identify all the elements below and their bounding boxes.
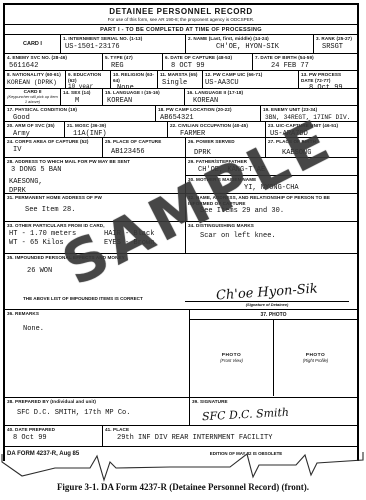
card2-cell: CARD II (Keypuncher will pick up Item 1 … [5,89,60,105]
field-4-value: 5611642 [9,62,100,71]
field-distinguishing-marks: 34. DISTINGUISHING MARKS Scar on left kn… [185,222,357,253]
field-22-value: FARMER [180,130,263,138]
field-33-ht: HT - 1.70 meters [9,230,104,239]
photo-boxes: PHOTO (Front View) PHOTO (Right Profile) [190,320,357,396]
preparer-signature: SFC D.C. Smith [202,405,290,423]
row-condition: 17. PHYSICAL CONDITION (19) Good 18. PW … [5,105,357,121]
field-father: 29. FATHER/STEPFATHER CH'OE, KANG-T'AE [186,158,357,175]
detainee-signature: Ch'oe Hyon-Sik [216,281,319,303]
field-23-label: 23. UIC-CAPTURE UNIT (46-51) [268,123,355,129]
field-23-value: US-ARA7DD [270,130,355,138]
field-33-label: 33. OTHER PARTICULARS FROM ID CARD, [7,223,183,229]
field-26-label: 26. POWER SERVED [188,139,263,145]
field-14-value: M [75,97,100,106]
field-pw-camp-location: 18. PW CAMP LOCATION (20-22) AB654321 [155,106,260,121]
field-32-label: 32. NAME, ADDRESS, AND RELATIONSHIP OF P… [188,195,348,206]
torn-edge-line [0,452,366,486]
field-marsta: 11. MARSTA (65) Single [157,71,202,88]
row-id-particulars: 33. OTHER PARTICULARS FROM ID CARD, HT -… [5,221,357,253]
photo-right-box: PHOTO (Right Profile) [274,320,357,396]
field-place: 41. PLACE 29th INF DIV REAR INTERNMENT F… [102,426,357,446]
field-38-value: SFC D.C. SMITH, 17th MP Co. [17,409,187,418]
field-24-label: 24. CORPS AREA OF CAPTURE (52) [7,139,100,145]
field-place-of-birth: 27. PLACE OF BIRTH KAESONG [265,138,357,157]
field-19-value: 3BN, 34REGT, 17INF DIV. [265,114,355,122]
field-30-label: 30. MOTHER'S MAIDEN NAME [188,177,355,183]
field-pw-camp-uic: 12. PW CAMP UIC (66-71) US-AA3CU [202,71,298,88]
field-37-label: 37. PHOTO [190,310,357,320]
field-25-label: 25. PLACE OF CAPTURE [105,139,183,145]
detainee-personnel-record-form: DETAINEE PERSONNEL RECORD For use of thi… [3,3,359,461]
field-pw-process-date: 13. PW PROCESS DATE (72-77) 8 Oct 99 [298,71,357,88]
row-home-address: 31. PERMANENT HOME ADDRESS OF PW See Ite… [5,193,357,221]
field-11-value: Single [162,79,200,88]
field-27-label: 27. PLACE OF BIRTH [268,139,355,145]
field-22-label: 22. CIVILIAN OCCUPATION (40-45) [170,123,263,129]
row-nationality: 8. NATIONALITY (60-61) KOREAN (DPRK) 9. … [5,70,357,88]
field-10-label: 10. RELIGION (63-64) [113,72,155,83]
field-14-label: 14. SEX (14) [63,90,100,96]
field-10-value: None [117,84,155,88]
field-40-label: 40. DATE PREPARED [7,427,100,433]
parent-cell-29-30: 29. FATHER/STEPFATHER CH'OE, KANG-T'AE 3… [185,158,357,193]
field-other-particulars: 33. OTHER PARTICULARS FROM ID CARD, HT -… [5,222,185,253]
photo-front-sub: (Front View) [220,358,243,363]
impound-certify-block: THE ABOVE LIST OF IMPOUNDED ITEMS IS COR… [5,283,357,307]
field-language-1: 15. LANGUAGE I (15-16) KOREAN [102,89,184,105]
field-25-value: AB123456 [111,148,183,157]
part1-bar: PART I - TO BE COMPLETED AT TIME OF PROC… [5,24,357,34]
field-date-prepared: 40. DATE PREPARED 8 Oct 99 [5,426,102,446]
field-39-label: 39. SIGNATURE [192,399,355,405]
form-header: DETAINEE PERSONNEL RECORD For use of thi… [5,5,357,34]
field-education: 9. EDUCATION (62) 10 year compulsory [65,71,110,88]
detainee-signature-caption: (Signature of Detainee) [183,302,351,307]
field-27-value: KAESONG [282,149,355,158]
field-36-label: 36. REMARKS [7,311,187,317]
field-language-2: 16. LANGUAGE II (17-18) KOREAN [184,89,357,105]
field-21-label: 21. MOSC (36-39) [67,123,165,129]
field-38-label: 38. PREPARED BY (Individual and unit) [7,399,187,405]
field-28-value-line2: KAESONG, [9,178,183,187]
detainee-signature-line: Ch'oe Hyon-Sik [185,283,349,302]
row-remarks-photo: 36. REMARKS None. 37. PHOTO PHOTO (Front… [5,309,357,397]
row-card1: CARD I 1. INTERNMENT SERIAL NO. (1-13) U… [5,34,357,53]
field-3-label: 3. RANK (25-27) [316,36,355,42]
detainee-signature-block: Ch'oe Hyon-Sik (Signature of Detainee) [183,283,357,307]
field-sex: 14. SEX (14) M [60,89,102,105]
field-18-value: AB654321 [160,114,258,122]
card1-cell: CARD I [5,35,60,53]
field-date-of-capture: 6. DATE OF CAPTURE (48-53) 8 OCT 99 [162,54,252,70]
field-30-value: YI, NYONG-CHA [244,184,355,193]
field-place-of-capture: 25. PLACE OF CAPTURE AB123456 [102,138,185,157]
row-arm-of-svc: 20. ARM OF SVC (35) Army 21. MOSC (36-39… [5,121,357,137]
field-enemy-unit: 19. ENEMY UNIT (23-34) 3BN, 34REGT, 17IN… [260,106,357,121]
page: { "header": { "title": "DETAINEE PERSONN… [0,0,366,500]
field-physical-condition: 17. PHYSICAL CONDITION (19) Good [5,106,155,121]
row-impounded-effects: 35. IMPOUNDED PERSONAL EFFECTS AND MONEY… [5,253,357,309]
field-religion: 10. RELIGION (63-64) None [110,71,157,88]
field-19-label: 19. ENEMY UNIT (23-34) [263,107,355,113]
field-person-to-inform: 32. NAME, ADDRESS, AND RELATIONSHIP OF P… [185,194,357,221]
field-20-label: 20. ARM OF SVC (35) [7,123,62,129]
field-28-label: 28. ADDRESS TO WHICH MAIL FOR PW MAY BE … [7,159,183,165]
field-35-value: 26 WON [27,267,355,276]
field-arm-of-svc: 20. ARM OF SVC (35) Army [5,122,64,137]
field-15-value: KOREAN [107,97,182,106]
field-mosc: 21. MOSC (36-39) 11A(INF) [64,122,167,137]
impound-note: THE ABOVE LIST OF IMPOUNDED ITEMS IS COR… [5,296,183,307]
field-uic-capture-unit: 23. UIC-CAPTURE UNIT (46-51) US-ARA7DD [265,122,357,137]
field-12-value: US-AA3CU [205,79,296,88]
field-rank: 3. RANK (25-27) SRSGT [313,35,357,53]
field-mother: 30. MOTHER'S MAIDEN NAME YI, NYONG-CHA [186,175,357,193]
field-remarks: 36. REMARKS None. [5,310,189,397]
row-capture-area: 24. CORPS AREA OF CAPTURE (52) IV 25. PL… [5,137,357,157]
field-40-value: 8 Oct 99 [13,434,100,443]
field-6-label: 6. DATE OF CAPTURE (48-53) [165,55,250,61]
field-34-value: Scar on left knee. [200,232,355,241]
field-29-label: 29. FATHER/STEPFATHER [188,159,355,165]
row-prepared-by: 38. PREPARED BY (Individual and unit) SF… [5,397,357,425]
field-28-value-line3: DPRK [9,187,183,193]
field-2-label: 2. NAME (Last, first, middle) (14-24) [188,36,311,42]
field-prepared-by: 38. PREPARED BY (Individual and unit) SF… [5,398,189,425]
figure-caption: Figure 3-1. DA Form 4237-R (Detainee Per… [0,482,366,492]
field-31-value: See Item 28. [25,206,183,215]
field-33-wt: WT - 65 Kilos [9,239,104,248]
field-permanent-address: 31. PERMANENT HOME ADDRESS OF PW See Ite… [5,194,185,221]
field-35-label: 35. IMPOUNDED PERSONAL EFFECTS AND MONEY [7,255,355,261]
field-11-label: 11. MARSTA (65) [160,72,200,78]
photo-front-box: PHOTO (Front View) [190,320,274,396]
field-mail-address: 28. ADDRESS TO WHICH MAIL FOR PW MAY BE … [5,158,185,193]
field-preparer-signature: 39. SIGNATURE SFC D.C. Smith [189,398,357,425]
field-18-label: 18. PW CAMP LOCATION (20-22) [158,107,258,113]
field-33-hair: HAIR - Black [104,230,183,239]
field-9-value: 10 year compulsory [68,84,108,88]
field-32-value: See Items 29 and 30. [200,207,355,216]
form-title: DETAINEE PERSONNEL RECORD [5,7,357,16]
field-impounded-effects: 35. IMPOUNDED PERSONAL EFFECTS AND MONEY… [5,254,357,309]
field-8-label: 8. NATIONALITY (60-61) [7,72,63,78]
field-7-label: 7. DATE OF BIRTH (54-59) [255,55,355,61]
field-15-label: 15. LANGUAGE I (15-16) [105,90,182,96]
field-29-value: CH'OE, KANG-T'AE [198,166,355,175]
field-nationality: 8. NATIONALITY (60-61) KOREAN (DPRK) [5,71,65,88]
field-6-value: 8 OCT 99 [171,62,250,71]
card2-note: (Keypuncher will pick up Item 1 above) [7,95,58,104]
field-1-label: 1. INTERNMENT SERIAL NO. (1-13) [63,36,183,42]
field-4-label: 4. ENEMY SVC NO. (28-46) [7,55,100,61]
photo-right-sub: (Right Profile) [303,358,329,363]
field-5-label: 5. TYPE (47) [105,55,160,61]
field-17-label: 17. PHYSICAL CONDITION (19) [7,107,153,113]
field-internment-serial-no: 1. INTERNMENT SERIAL NO. (1-13) US-1501-… [60,35,185,53]
field-power-served: 26. POWER SERVED DPRK [185,138,265,157]
field-civilian-occupation: 22. CIVILIAN OCCUPATION (40-45) FARMER [167,122,265,137]
field-41-label: 41. PLACE [105,427,355,433]
field-corps-area: 24. CORPS AREA OF CAPTURE (52) IV [5,138,102,157]
field-21-value: 11A(INF) [73,130,165,138]
field-17-value: Good [13,114,153,122]
field-36-value: None. [23,325,187,334]
field-31-label: 31. PERMANENT HOME ADDRESS OF PW [7,195,183,201]
field-41-value: 29th INF DIV REAR INTERNMENT FACILITY [117,434,355,443]
field-24-value: IV [13,146,100,155]
field-5-value: REG [111,62,160,71]
field-16-value: KOREAN [193,97,355,106]
form-subtitle: For use of this form, see AR 190-8; the … [5,17,357,22]
field-33-eyes: EYES - Brown [104,239,183,248]
row-date-place: 40. DATE PREPARED 8 Oct 99 41. PLACE 29t… [5,425,357,446]
field-12-label: 12. PW CAMP UIC (66-71) [205,72,296,78]
row-card2: CARD II (Keypuncher will pick up Item 1 … [5,88,357,105]
field-33-items: HT - 1.70 meters HAIR - Black WT - 65 Ki… [9,230,183,249]
field-1-value: US-1501-23176 [65,43,183,52]
field-enemy-svc-no: 4. ENEMY SVC NO. (28-46) 5611642 [5,54,102,70]
field-type: 5. TYPE (47) REG [102,54,162,70]
field-9-label: 9. EDUCATION (62) [68,72,108,83]
field-8-value: KOREAN (DPRK) [7,79,63,87]
field-date-of-birth: 7. DATE OF BIRTH (54-59) 24 FEB 77 [252,54,357,70]
row-svc-no: 4. ENEMY SVC NO. (28-46) 5611642 5. TYPE… [5,53,357,70]
field-13-value: 8 Oct 99 [309,84,355,88]
field-2-value: CH'OE, HYON-SIK [216,43,311,52]
field-7-value: 24 FEB 77 [271,62,355,71]
field-28-value-line1: 3 DONG 5 BAN [11,166,183,175]
field-16-label: 16. LANGUAGE II (17-18) [187,90,355,96]
field-26-value: DPRK [194,149,263,158]
field-photo-section: 37. PHOTO PHOTO (Front View) PHOTO (Righ… [189,310,357,397]
row-mail-address: 28. ADDRESS TO WHICH MAIL FOR PW MAY BE … [5,157,357,193]
field-name: 2. NAME (Last, first, middle) (14-24) CH… [185,35,313,53]
card1-label: CARD I [23,41,42,47]
field-20-value: Army [13,130,62,138]
field-13-label: 13. PW PROCESS DATE (72-77) [301,72,355,83]
field-3-value: SRSGT [322,43,355,52]
field-34-label: 34. DISTINGUISHING MARKS [188,223,355,229]
